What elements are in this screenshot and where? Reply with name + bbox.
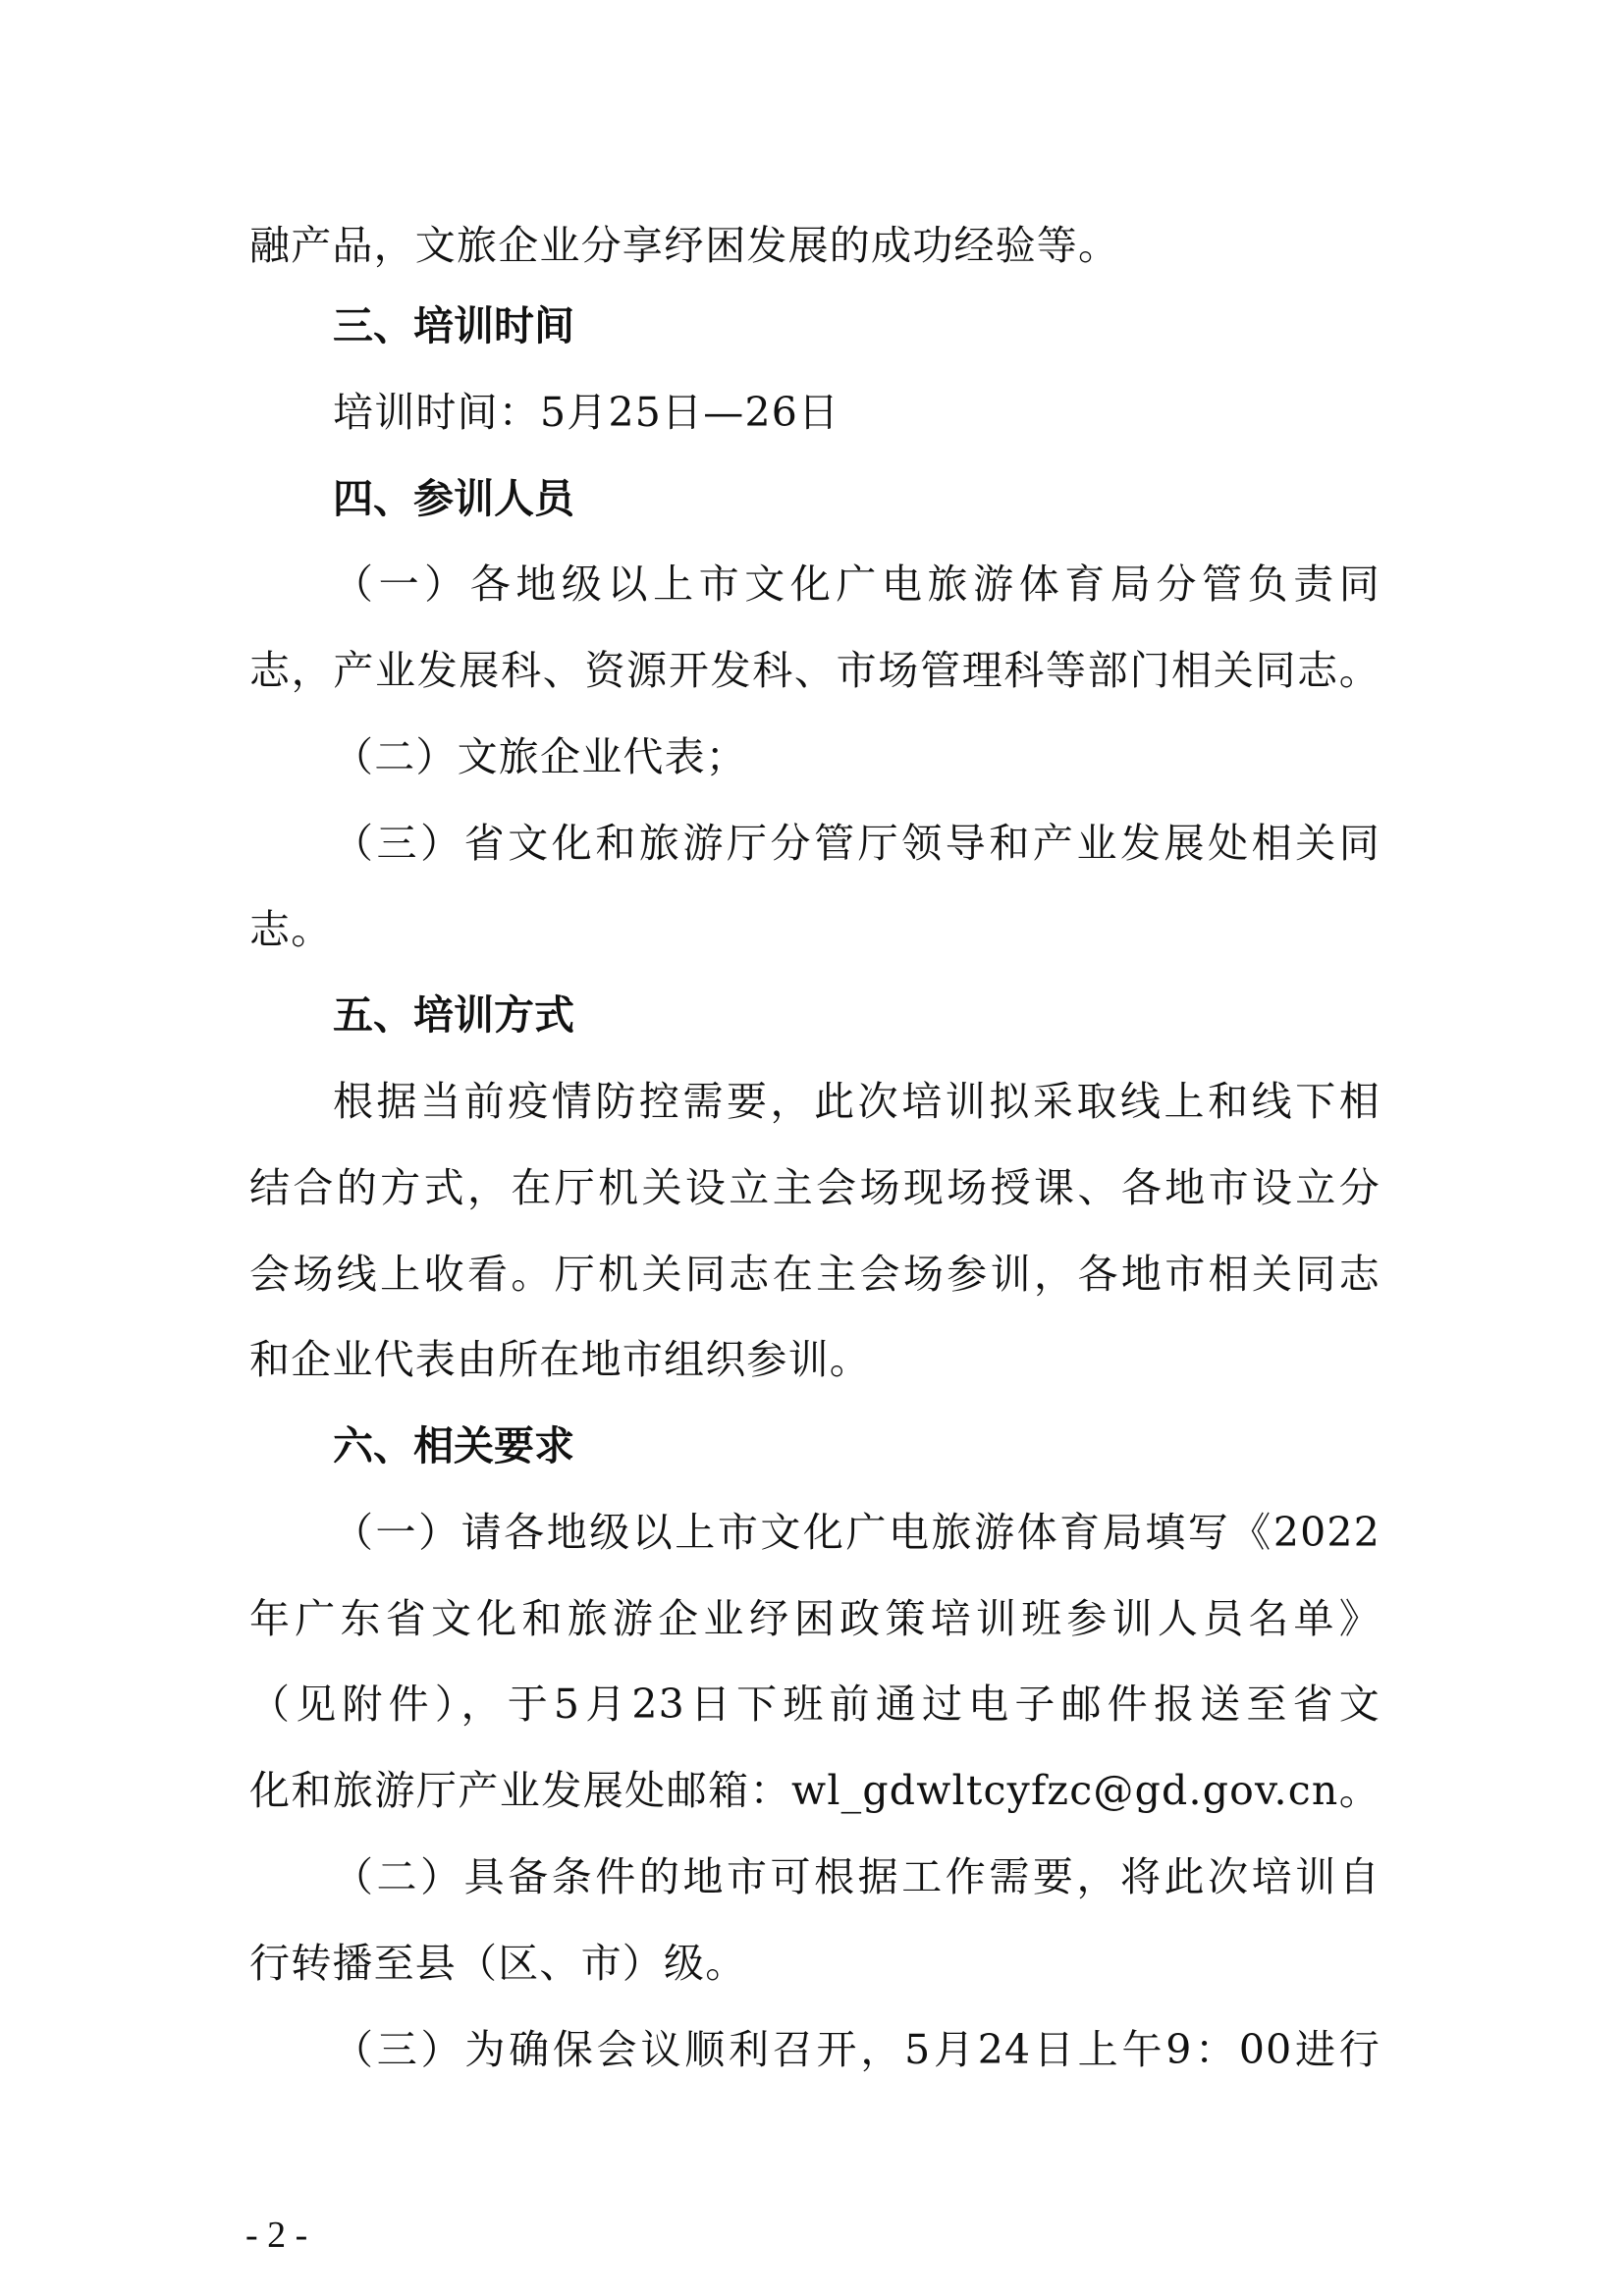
body-line: （一）请各地级以上市文化广电旅游体育局填写《2022 <box>333 1489 1380 1575</box>
body-line: （见附件），于5月23日下班前通过电子邮件报送至省文 <box>249 1661 1380 1747</box>
body-line: （二）具备条件的地市可根据工作需要，将此次培训自 <box>333 1834 1380 1920</box>
body-line: （三）为确保会议顺利召开，5月24日上午9：00进行 <box>333 2006 1380 2093</box>
document-page: 融产品，文旅企业分享纾困发展的成功经验等。 三、培训时间 培训时间：5月25日—… <box>0 0 1624 2296</box>
body-line: 结合的方式，在厅机关设立主会场现场授课、各地市设立分 <box>249 1145 1380 1231</box>
body-line: 融产品，文旅企业分享纾困发展的成功经验等。 <box>249 202 1380 289</box>
body-line: （二）文旅企业代表； <box>333 714 1380 800</box>
body-line: 志。 <box>249 886 1380 973</box>
section-heading-3: 三、培训时间 <box>333 283 1464 369</box>
body-line: 年广东省文化和旅游企业纾困政策培训班参训人员名单》 <box>249 1575 1380 1662</box>
body-line: 培训时间：5月25日—26日 <box>333 369 1380 455</box>
body-line: 会场线上收看。厅机关同志在主会场参训，各地市相关同志 <box>249 1231 1380 1317</box>
body-line: 和企业代表由所在地市组织参训。 <box>249 1316 1380 1403</box>
section-heading-5: 五、培训方式 <box>333 972 1464 1058</box>
body-line: 行转播至县（区、市）级。 <box>249 1920 1380 2006</box>
body-line: （一）各地级以上市文化广电旅游体育局分管负责同 <box>333 541 1380 627</box>
body-line: 根据当前疫情防控需要，此次培训拟采取线上和线下相 <box>333 1058 1380 1145</box>
page-number: - 2 - <box>245 2211 307 2260</box>
section-heading-6: 六、相关要求 <box>333 1403 1464 1489</box>
email-line: 化和旅游厅产业发展处邮箱：wl_gdwltcyfzc@gd.gov.cn。 <box>249 1747 1380 1834</box>
section-heading-4: 四、参训人员 <box>333 455 1464 542</box>
body-line: （三）省文化和旅游厅分管厅领导和产业发展处相关同 <box>333 800 1380 886</box>
body-line: 志，产业发展科、资源开发科、市场管理科等部门相关同志。 <box>249 627 1380 714</box>
